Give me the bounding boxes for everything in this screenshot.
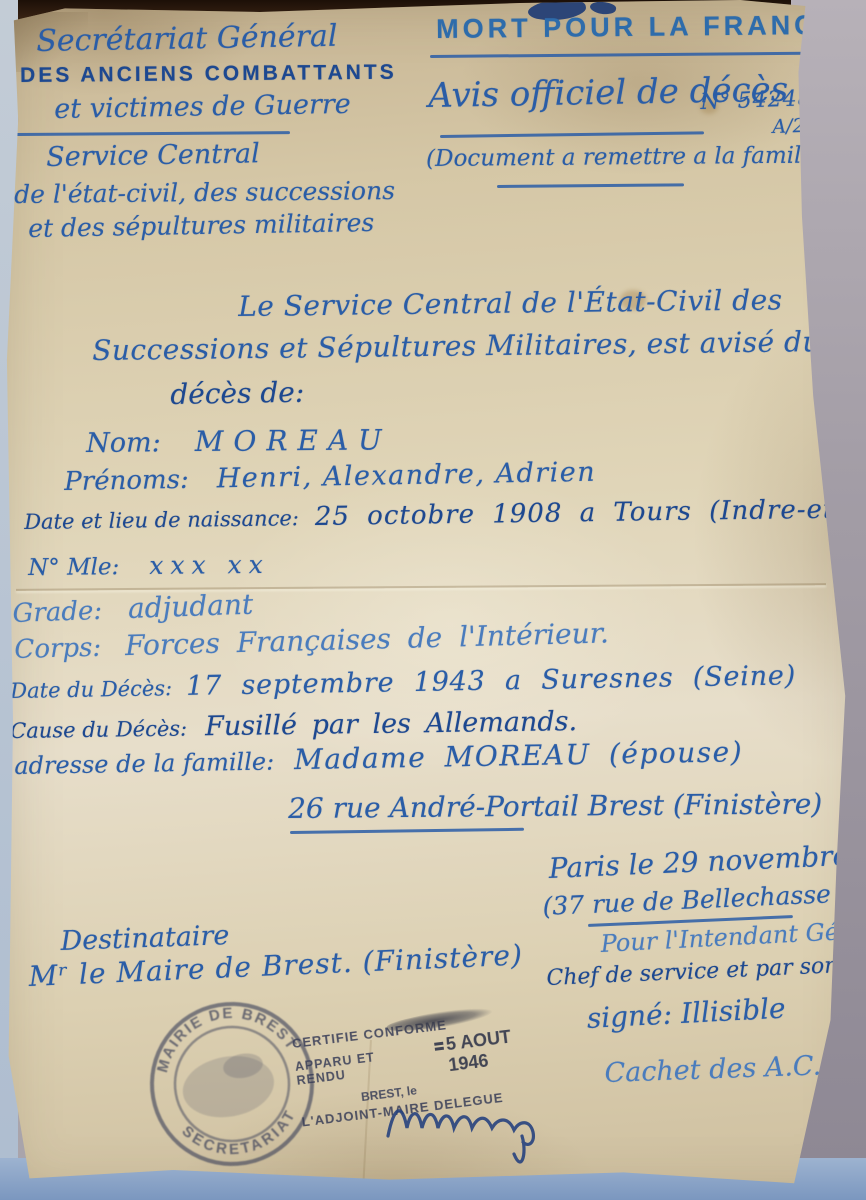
closing-signe: signé: Illisible <box>586 992 786 1035</box>
closing-chef: Chef de service et par son ordre <box>546 950 866 991</box>
field-date-deces: Date du Décès: 17 septembre 1943 a Sures… <box>10 660 796 705</box>
field-matricule: N° Mle: xxx xx <box>28 550 270 581</box>
field-naissance-label: Date et lieu de naissance: <box>24 506 299 534</box>
underline-note <box>497 183 684 187</box>
field-grade: Grade: adjudant <box>12 588 254 629</box>
field-corps-label: Corps: <box>14 633 101 665</box>
document-number-label: N° <box>700 89 731 115</box>
field-date-deces-value: 17 septembre 1943 a Suresnes (Seine) <box>186 660 796 702</box>
field-prenoms-label: Prénoms: <box>64 465 189 497</box>
closing-place-date: Paris le 29 novembre 1945 <box>548 835 866 885</box>
org-line-1: Secrétariat Général <box>36 19 338 59</box>
field-date-deces-label: Date du Décès: <box>10 676 172 703</box>
closing-cachet: Cachet des A.C. <box>604 1050 822 1089</box>
field-nom-label: Nom: <box>86 427 161 459</box>
field-adresse-label: adresse de la famille: <box>14 747 274 780</box>
certification-line-2: APPARU ET RENDU <box>294 1044 427 1088</box>
intro-line-1: Le Service Central de l'État-Civil des <box>238 283 783 323</box>
field-cause-deces-label: Cause du Décès: <box>10 717 187 743</box>
field-nom-value: MOREAU <box>195 423 392 458</box>
intro-line-3: décès de: <box>170 376 305 411</box>
field-matricule-label: N° Mle: <box>28 554 119 581</box>
field-naissance-value: 25 octobre 1908 a Tours (Indre-et-Loire) <box>315 493 866 532</box>
org-line-6: et des sépultures militaires <box>28 208 374 243</box>
org-line-4: Service Central <box>46 138 260 173</box>
signature-scribble <box>382 1090 542 1170</box>
field-naissance: Date et lieu de naissance: 25 octobre 19… <box>24 493 866 536</box>
scanned-document: Secrétariat Général DES ANCIENS COMBATTA… <box>0 0 866 1200</box>
paper-crease <box>16 583 826 591</box>
org-line-3: et victimes de Guerre <box>54 89 351 125</box>
title-mort-pour-la-france: MORT POUR LA FRANCE <box>436 10 840 45</box>
org-line-2: DES ANCIENS COMBATTANTS <box>20 61 397 88</box>
field-prenoms-value: Henri, Alexandre, Adrien <box>216 457 596 495</box>
underline-header-left <box>16 131 290 136</box>
field-adresse-value: Madame MOREAU (épouse) <box>294 735 744 776</box>
field-matricule-value: xxx xx <box>149 550 270 580</box>
field-grade-label: Grade: <box>12 596 102 629</box>
field-grade-value: adjudant <box>127 588 253 625</box>
underline-adresse <box>290 828 524 834</box>
org-line-5: de l'état-civil, des successions <box>14 176 395 209</box>
field-nom: Nom: MOREAU <box>86 423 392 459</box>
paper-sheet: Secrétariat Général DES ANCIENS COMBATTA… <box>0 0 866 1200</box>
family-note: (Document a remettre a la famille) <box>426 142 832 172</box>
intro-line-2: Successions et Sépultures Militaires, es… <box>92 325 821 367</box>
underline-title <box>430 52 826 58</box>
field-corps-value: Forces Françaises de l'Intérieur. <box>125 616 610 662</box>
field-adresse-value-line2: 26 rue André-Portail Brest (Finistère) <box>288 787 822 825</box>
field-cause-deces-value: Fusillé par les Allemands. <box>205 706 577 742</box>
underline-subtitle <box>440 131 704 138</box>
field-prenoms: Prénoms: Henri, Alexandre, Adrien <box>64 457 596 497</box>
